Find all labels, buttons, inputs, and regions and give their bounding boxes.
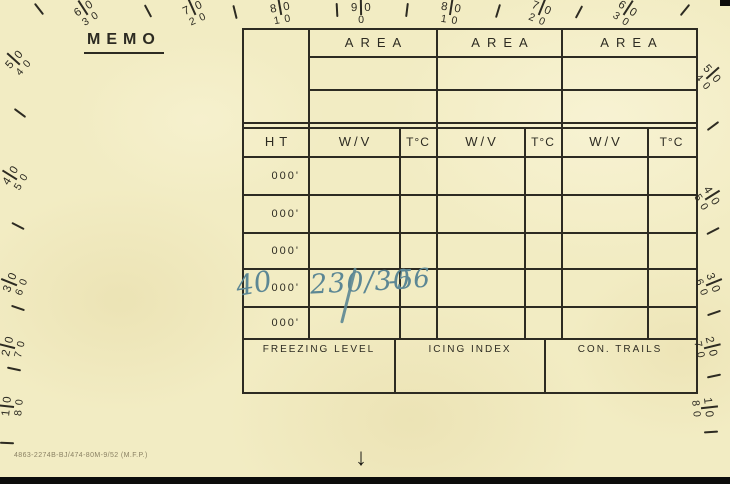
temp-header-1: T°C [401, 128, 435, 155]
wv-header-2: W/V [438, 128, 523, 155]
scale-label: 10 80 [688, 391, 715, 425]
height-row-5: 000' [244, 308, 308, 338]
scale-tick [11, 305, 25, 311]
height-row-1: 000' [244, 158, 308, 194]
table-line [561, 28, 563, 338]
scale-tick [405, 3, 409, 17]
area-header-1: AREA [310, 29, 436, 56]
table-line [242, 194, 696, 196]
scale-label: 90 0 [345, 2, 377, 27]
height-row-2: 000' [244, 196, 308, 232]
scan-edge-bottom [0, 477, 730, 484]
scale-tick [706, 227, 719, 235]
scale-tick [7, 367, 21, 372]
handwritten-height: 40 [233, 264, 274, 303]
print-code: 4863-2274B-BJ/474-80M-9/52 (M.F.P.) [14, 452, 148, 459]
scale-label: 60 30 [67, 0, 107, 33]
scale-tick [144, 4, 152, 17]
scale-label: 10 80 [0, 390, 27, 424]
scale-tick [34, 3, 44, 15]
icing-index-cell: ICING INDEX [396, 340, 544, 392]
table-line [242, 306, 696, 308]
scale-tick [707, 374, 721, 379]
area-header-3: AREA [563, 29, 694, 56]
temp-header-2: T°C [526, 128, 560, 155]
freezing-level-cell: FREEZING LEVEL [244, 340, 394, 392]
table-line [308, 56, 696, 58]
scale-label: 30 60 [0, 266, 33, 305]
scale-tick [680, 4, 690, 16]
scale-label: 70 20 [520, 0, 559, 31]
table-line [436, 28, 438, 338]
handwritten-temperature: -56 [387, 264, 431, 297]
area-header-2: AREA [438, 29, 561, 56]
page-title: MEMO [84, 31, 164, 54]
temp-header-3: T°C [649, 128, 694, 155]
scale-label: 40 50 [0, 159, 35, 199]
scale-tick [707, 310, 721, 316]
wv-header-3: W/V [563, 128, 646, 155]
scale-label: 50 40 [0, 44, 39, 84]
table-line [242, 232, 696, 234]
table-line [242, 122, 696, 124]
table-line [308, 89, 696, 91]
scale-label: 80 10 [432, 0, 467, 28]
con-trails-cell: CON. TRAILS [546, 340, 694, 392]
scale-tick [704, 431, 718, 434]
scale-label: 80 10 [263, 0, 299, 29]
scale-label: 70 20 [176, 0, 215, 31]
index-arrow-icon: ↓ [355, 446, 367, 470]
scale-tick [0, 442, 14, 444]
scale-tick [14, 108, 26, 118]
scale-tick [232, 5, 237, 19]
wv-header-1: W/V [310, 128, 398, 155]
scale-tick [707, 121, 719, 131]
table-line [242, 156, 696, 158]
scale-label: 20 70 [0, 330, 30, 367]
memo-card: 60 30 70 20 80 10 90 0 80 10 70 20 60 30… [0, 0, 730, 484]
height-row-3: 000' [244, 234, 308, 268]
scale-tick [495, 4, 501, 18]
ht-header: HT [244, 128, 308, 155]
scan-edge-corner [720, 0, 730, 6]
scale-tick [336, 3, 339, 17]
scale-tick [575, 5, 583, 18]
scale-tick [11, 222, 24, 230]
